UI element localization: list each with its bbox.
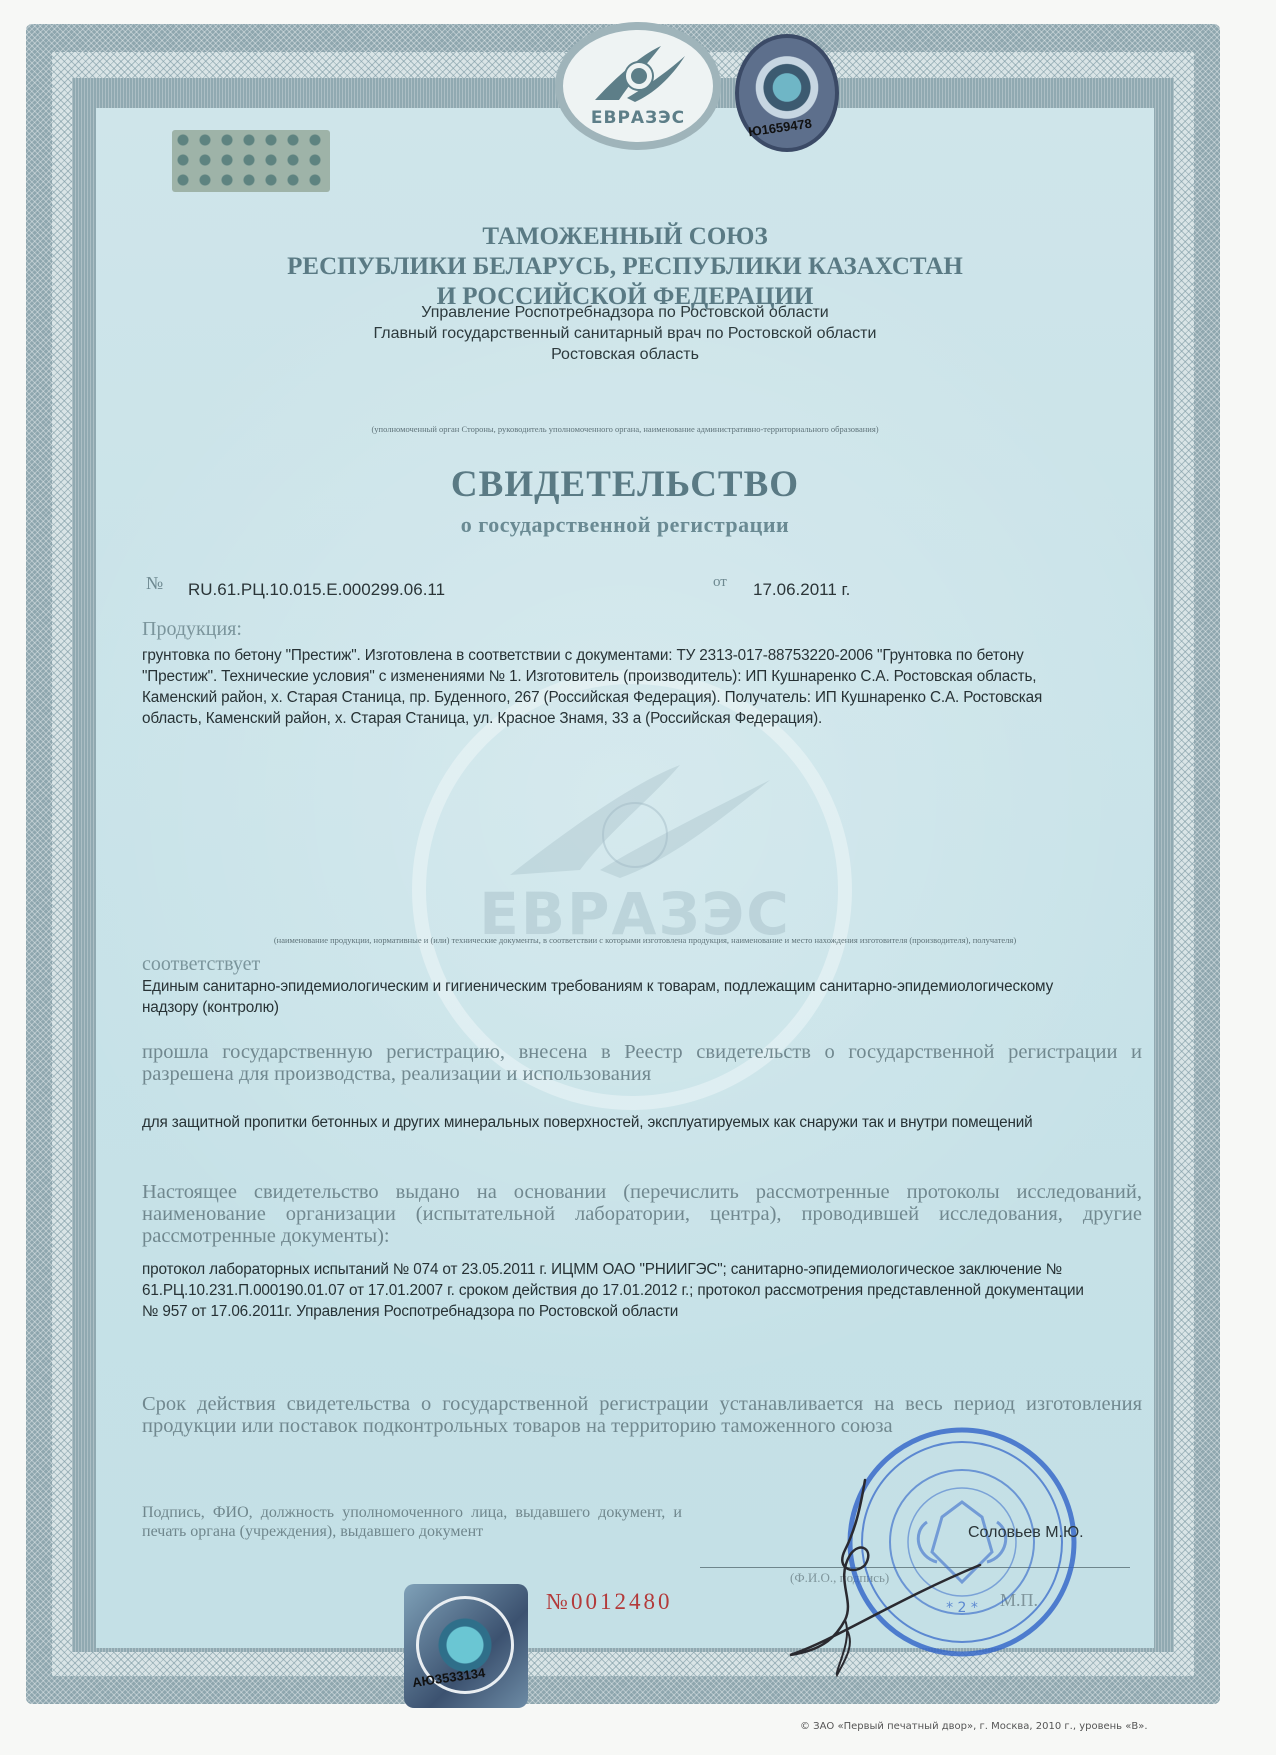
blank-serial-number: №0012480 (546, 1589, 672, 1615)
authority-line-1: Управление Роспотребнадзора по Ростовско… (96, 302, 1154, 323)
usage-scope: для защитной пропитки бетонных и других … (142, 1112, 1102, 1133)
registration-statement: прошла государственную регистрацию, внес… (142, 1041, 1142, 1085)
registration-date: 17.06.2011 г. (753, 580, 850, 600)
union-line-2: РЕСПУБЛИКИ БЕЛАРУСЬ, РЕСПУБЛИКИ КАЗАХСТА… (96, 252, 1154, 282)
number-label: № (146, 573, 163, 594)
eurasec-watermark-icon (470, 760, 800, 880)
security-hologram-strip (172, 130, 330, 192)
handwritten-signature-icon (775, 1470, 1005, 1680)
basis-statement: Настоящее свидетельство выдано на основа… (142, 1181, 1142, 1247)
customs-union-heading: ТАМОЖЕННЫЙ СОЮЗ РЕСПУБЛИКИ БЕЛАРУСЬ, РЕС… (96, 222, 1154, 312)
document-title: СВИДЕТЕЛЬСТВО (96, 463, 1154, 506)
authority-line-3: Ростовская область (96, 344, 1154, 365)
issuing-authority: Управление Роспотребнадзора по Ростовско… (96, 302, 1154, 365)
product-label: Продукция: (142, 618, 242, 641)
product-caption: (наименование продукции, нормативные и (… (140, 935, 1150, 945)
product-description: грунтовка по бетону "Престиж". Изготовле… (142, 645, 1102, 729)
eurasec-emblem-text: ЕВРАЗЭС (563, 108, 713, 128)
document-subtitle: о государственной регистрации (96, 512, 1154, 538)
conformity-text: Единым санитарно-эпидемиологическим и ги… (142, 976, 1102, 1018)
eurasec-logo-icon (591, 42, 687, 104)
conformity-hologram-bottom (404, 1584, 528, 1708)
authority-caption: (уполномоченный орган Стороны, руководит… (96, 424, 1154, 434)
eurasec-emblem: ЕВРАЗЭС (555, 22, 721, 150)
printer-credit: © ЗАО «Первый печатный двор», г. Москва,… (800, 1721, 1148, 1732)
date-label: от (713, 574, 727, 591)
signature-label: Подпись, ФИО, должность уполномоченного … (142, 1503, 682, 1541)
authority-line-2: Главный государственный санитарный врач … (96, 323, 1154, 344)
registration-number: RU.61.РЦ.10.015.Е.000299.06.11 (188, 580, 445, 600)
basis-protocols: протокол лабораторных испытаний № 074 от… (142, 1259, 1102, 1322)
union-line-1: ТАМОЖЕННЫЙ СОЮЗ (96, 222, 1154, 252)
conformity-label: соответствует (142, 953, 260, 976)
